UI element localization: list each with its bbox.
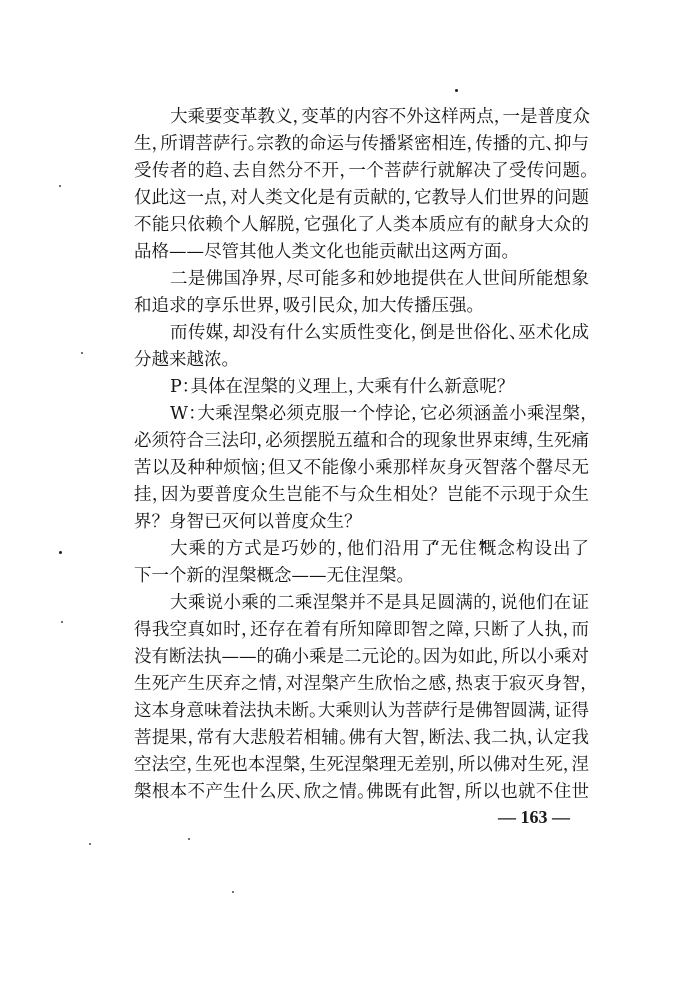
text-line: 空法空，生死也本涅槃，生死涅槃理无差别，所以佛对生死，涅 [134, 752, 589, 779]
text-line: 菩提果，常有大悲般若相辅。佛有大智，断法、我二执，认定我 [134, 725, 589, 752]
text-line: 槃根本不产生什么厌、欣之情。佛既有此智，所以也就不住世 [134, 779, 589, 806]
text-line: 下一个新的涅槃概念——无住涅槃。 [134, 563, 589, 590]
text-line: 品格——尽管其他人类文化也能贡献出这两方面。 [134, 239, 589, 266]
text-line: 大乘说小乘的二乘涅槃并不是具足圆满的，说他们在证 [134, 590, 589, 617]
interview-answer-line: W：大乘涅槃必须克服一个悖论，它必须涵盖小乘涅槃， [134, 401, 589, 428]
text-line: 仅此这一点，对人类文化是有贡献的，它教导人们世界的问题 [134, 185, 589, 212]
text-line: 大乘要变革教义，变革的内容不外这样两点，一是普度众 [134, 104, 589, 131]
text-line: 而传媒，却没有什么实质性变化，倒是世俗化、巫术化成 [134, 320, 589, 347]
text-line: 苦以及种种烦恼；但又不能像小乘那样灰身灭智落个罄尽无 [134, 455, 589, 482]
interview-question-line: P：具体在涅槃的义理上，大乘有什么新意呢？ [134, 374, 589, 401]
text-line: 生死产生厌弃之情，对涅槃产生欣怡之感，热衷于寂灭身智， [134, 671, 589, 698]
text-line: 和追求的享乐世界，吸引民众，加大传播压强。 [134, 293, 589, 320]
scan-speck [59, 185, 61, 187]
text-line: 没有断法执——的确小乘是二元论的。因为如此，所以小乘对 [134, 644, 589, 671]
text-line: 界？身智已灭何以普度众生？ [134, 509, 589, 536]
page-body-text: 大乘要变革教义，变革的内容不外这样两点，一是普度众 生，所谓菩萨行。宗教的命运与… [134, 104, 589, 806]
scan-speck [232, 891, 234, 893]
text-line: 不能只依赖个人解脱，它强化了人类本质应有的献身大众的 [134, 212, 589, 239]
text-line: 分越来越浓。 [134, 347, 589, 374]
page-number: — 163 — [488, 805, 580, 829]
scan-speck [61, 621, 63, 623]
scan-speck [188, 838, 190, 840]
scan-speck [89, 843, 91, 845]
scan-speck [455, 89, 458, 92]
text-line: 生，所谓菩萨行。宗教的命运与传播紧密相连，传播的亢、抑与 [134, 131, 589, 158]
text-line: 必须符合三法印，必须摆脱五蕴和合的现象世界束缚，生死痛 [134, 428, 589, 455]
text-line: 得我空真如时，还存在着有所知障即智之障，只断了人执，而 [134, 617, 589, 644]
scan-speck [59, 551, 62, 554]
text-line: 挂，因为要普度众生岂能不与众生相处？岂能不示现于众生 [134, 482, 589, 509]
text-line: 大乘的方式是巧妙的，他们沿用了“无住”概念构设出了 [134, 536, 589, 563]
scan-speck [81, 352, 83, 354]
text-line: 二是佛国净界，尽可能多和妙地提供在人世间所能想象 [134, 266, 589, 293]
text-line: 受传者的趋、去自然分不开，一个菩萨行就解决了受传问题。 [134, 158, 589, 185]
text-line: 这本身意味着法执未断。大乘则认为菩萨行是佛智圆满，证得 [134, 698, 589, 725]
